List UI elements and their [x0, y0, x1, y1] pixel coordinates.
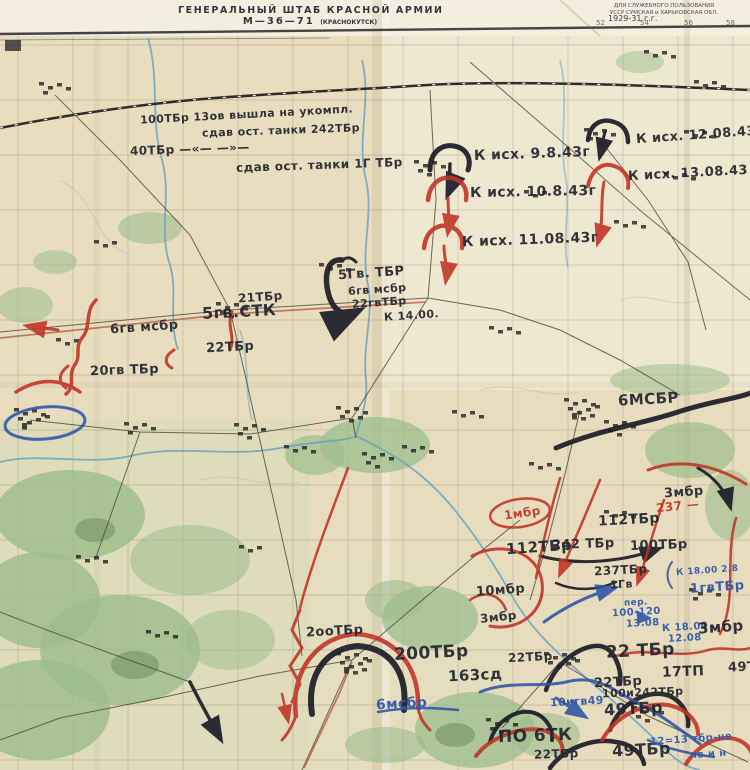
unit-annotation: 163сд	[448, 665, 503, 686]
sheet-name: (КРАСНОКУТСК)	[320, 19, 377, 26]
survey-years: 1929-31 г.г.	[608, 14, 657, 23]
unit-annotation: 49Т	[728, 660, 750, 676]
unit-annotation: 100ТБр	[630, 537, 688, 554]
unit-annotation: 6мсбр	[376, 695, 428, 714]
map-title: ГЕНЕРАЛЬНЫЙ ШТАБ КРАСНОЙ АРМИИ	[178, 5, 442, 16]
unit-annotation: 17ТП	[662, 663, 705, 680]
grid-label: 56	[684, 19, 693, 27]
unit-annotation: 242 ТБр	[552, 536, 615, 553]
unit-annotation: 13.08	[626, 617, 660, 630]
unit-annotation: 237ТБр	[594, 562, 648, 579]
classification-line1: ДЛЯ СЛУЖЕБНОГО ПОЛЬЗОВАНИЯ	[584, 3, 744, 10]
unit-annotation: 22 ТБр	[606, 639, 676, 663]
unit-annotation: 22ТБр	[534, 746, 579, 762]
map-sheet: ГЕНЕРАЛЬНЫЙ ШТАБ КРАСНОЙ АРМИИ М—36—71 (…	[0, 0, 750, 770]
unit-annotation: 20гв ТБр	[90, 362, 159, 379]
unit-annotation: 2ооТБр	[306, 623, 364, 641]
grid-label: 58	[726, 19, 735, 27]
unit-annotation: ПО 6ТК	[498, 725, 573, 748]
unit-annotation: 1Гв	[610, 577, 633, 591]
unit-annotation: 6МСБР	[618, 388, 680, 409]
unit-annotation: 200ТБр	[394, 641, 470, 665]
unit-annotation: 3мбр	[697, 616, 744, 637]
unit-annotation: 22ТБр	[508, 649, 553, 665]
grid-label: 54	[640, 19, 649, 27]
unit-annotation: 22ТБр	[206, 339, 255, 357]
unit-annotation: 112ТБр	[598, 510, 661, 529]
sheet-number: М—36—71 (КРАСНОКУТСК)	[178, 16, 442, 27]
grid-label: 52	[596, 19, 605, 27]
unit-annotation: 5гв.СТК	[202, 300, 277, 323]
sheet-number-value: М—36—71	[243, 16, 315, 27]
unit-annotation: 49ТБр	[604, 697, 664, 719]
unit-annotation: К исх. 10.8.43г	[470, 183, 597, 201]
